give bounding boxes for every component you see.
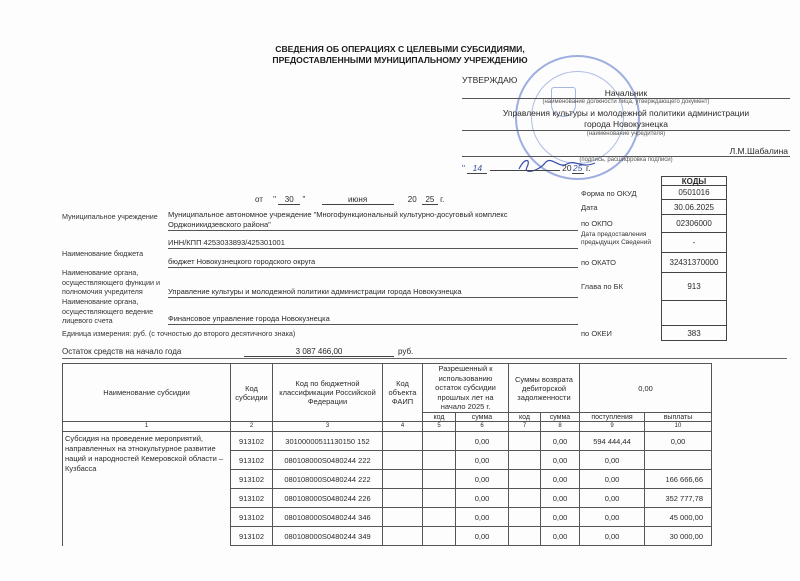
returns-sum: 0,00 xyxy=(541,432,580,451)
returns-sum: 0,00 xyxy=(541,470,580,489)
code-okud: 0501016 xyxy=(661,186,727,200)
approval-year-prefix: 20 xyxy=(562,163,571,173)
bk-code: 080108000S0480244 222 xyxy=(273,470,383,489)
column-numbers-row: 1 2 3 4 5 6 7 8 9 10 xyxy=(63,422,712,432)
payments-value xyxy=(645,451,712,470)
payments-value: 0,00 xyxy=(645,432,712,451)
returns-code xyxy=(509,451,541,470)
allowed-code xyxy=(423,489,456,508)
faip-code xyxy=(383,470,423,489)
codes-label-okei: по ОКЕИ xyxy=(581,329,612,338)
subheader-sum: сумма xyxy=(456,413,509,422)
faip-code xyxy=(383,527,423,546)
report-year-prefix: 20 xyxy=(408,195,417,204)
institution-value: Муниципальное автономное учреждение "Мно… xyxy=(168,210,578,231)
header-name: Наименование субсидии xyxy=(63,364,231,422)
subsidy-code: 913102 xyxy=(231,470,273,489)
allowed-sum: 0,00 xyxy=(456,470,509,489)
income-value: 0,00 xyxy=(580,470,645,489)
codes-label-okato: по ОКАТО xyxy=(581,258,616,267)
report-year-suffix: г. xyxy=(440,195,444,204)
code-empty xyxy=(661,301,727,326)
budget-value: бюджет Новокузнецкого городского округа xyxy=(168,257,578,268)
founder-label: Наименование органа, осуществляющего фун… xyxy=(62,268,172,297)
inn-kpp-value: ИНН/КПП 4253033893/425301001 xyxy=(168,238,578,249)
income-value: 0,00 xyxy=(580,527,645,546)
subsidy-code: 913102 xyxy=(231,451,273,470)
col-num: 1 xyxy=(63,422,231,432)
code-okato: 32431370000 xyxy=(661,253,727,273)
codes-label-date: Дата xyxy=(581,203,598,212)
header-returns: Суммы возврата дебиторской задолженности xyxy=(509,364,580,413)
payments-value: 30 000,00 xyxy=(645,527,712,546)
approval-position: Начальник xyxy=(462,88,790,98)
subheader-payments: выплаты xyxy=(645,413,712,422)
report-date: от " 30 " июня 20 25 г. xyxy=(255,195,444,205)
col-num: 5 xyxy=(423,422,456,432)
subsidy-name: Субсидия на проведение мероприятий, напр… xyxy=(63,432,231,546)
subheader-code: код xyxy=(423,413,456,422)
faip-code xyxy=(383,508,423,527)
bk-code: 30100000511130150 152 xyxy=(273,432,383,451)
codes-label-okpo: по ОКПО xyxy=(581,219,613,228)
code-prev-date: - xyxy=(661,233,727,253)
income-value: 0,00 xyxy=(580,451,645,470)
returns-code xyxy=(509,508,541,527)
subheader-sum-2: сумма xyxy=(541,413,580,422)
balance-value: 3 087 466,00 xyxy=(244,347,394,357)
payments-value: 166 666,66 xyxy=(645,470,712,489)
returns-code xyxy=(509,489,541,508)
faip-code xyxy=(383,451,423,470)
account-value: Финансовое управление города Новокузнецк… xyxy=(168,314,578,325)
header-allowed: Разрешенный к использованию остаток субс… xyxy=(423,364,509,413)
col-num: 9 xyxy=(580,422,645,432)
approval-date: " 14 2025 г. xyxy=(462,163,590,174)
code-date: 30.06.2025 xyxy=(661,200,727,215)
code-glava-bk: 913 xyxy=(661,273,727,301)
report-year: 25 xyxy=(422,195,438,205)
subsidy-code: 913102 xyxy=(231,508,273,527)
title-line-2: ПРЕДОСТАВЛЕННЫМИ МУНИЦИПАЛЬНОМУ УЧРЕЖДЕН… xyxy=(200,55,600,66)
institution-label: Муниципальное учреждение xyxy=(62,212,158,222)
payments-value: 352 777,78 xyxy=(645,489,712,508)
subsidy-code: 913102 xyxy=(231,432,273,451)
allowed-code xyxy=(423,527,456,546)
approval-day: 14 xyxy=(467,163,487,174)
document-title: СВЕДЕНИЯ ОБ ОПЕРАЦИЯХ С ЦЕЛЕВЫМИ СУБСИДИ… xyxy=(200,44,600,66)
income-value: 0,00 xyxy=(580,489,645,508)
col-num: 7 xyxy=(509,422,541,432)
allowed-code xyxy=(423,432,456,451)
allowed-sum: 0,00 xyxy=(456,489,509,508)
quote-open: " xyxy=(273,195,276,204)
codes-header: КОДЫ xyxy=(661,176,727,186)
balance-currency: руб. xyxy=(398,347,413,356)
date-from-label: от xyxy=(255,195,263,204)
allowed-sum: 0,00 xyxy=(456,527,509,546)
faip-code xyxy=(383,489,423,508)
bk-code: 080108000S0480244 349 xyxy=(273,527,383,546)
returns-sum: 0,00 xyxy=(541,451,580,470)
subsidy-operations-table: Наименование субсидии Код субсидии Код п… xyxy=(62,363,712,546)
faip-code xyxy=(383,432,423,451)
header-faip: Код объекта ФАИП xyxy=(383,364,423,422)
payments-value: 45 000,00 xyxy=(645,508,712,527)
col-num: 6 xyxy=(456,422,509,432)
title-line-1: СВЕДЕНИЯ ОБ ОПЕРАЦИЯХ С ЦЕЛЕВЫМИ СУБСИДИ… xyxy=(200,44,600,55)
bk-code: 080108000S0480244 226 xyxy=(273,489,383,508)
col-num: 10 xyxy=(645,422,712,432)
returns-code xyxy=(509,470,541,489)
approval-signer: Л.М.Шабалина xyxy=(730,146,788,156)
income-value: 0,00 xyxy=(580,508,645,527)
col-num: 8 xyxy=(541,422,580,432)
returns-code xyxy=(509,527,541,546)
report-month: июня xyxy=(322,195,394,205)
approval-year-suffix: г. xyxy=(586,163,590,173)
bk-code: 080108000S0480244 346 xyxy=(273,508,383,527)
budget-label: Наименование бюджета xyxy=(62,249,152,259)
returns-sum: 0,00 xyxy=(541,527,580,546)
approval-year: 25 xyxy=(572,163,584,174)
report-day: 30 xyxy=(278,195,300,205)
codes-label-prev-date: Дата предоставления предыдущих Сведений xyxy=(581,231,659,251)
returns-sum: 0,00 xyxy=(541,489,580,508)
unit-label: Единица измерения: руб. (с точностью до … xyxy=(62,329,462,339)
account-label: Наименование органа, осуществляющего вед… xyxy=(62,297,172,326)
approval-org-line-2: города Новокузнецка xyxy=(462,119,790,129)
code-okpo: 02306000 xyxy=(661,215,727,233)
codes-label-glava-bk: Глава по БК xyxy=(581,282,623,291)
position-note: (наименование должности лица, утверждающ… xyxy=(462,99,790,105)
subheader-income: поступления xyxy=(580,413,645,422)
header-code: Код субсидии xyxy=(231,364,273,422)
col-num: 3 xyxy=(273,422,383,432)
subsidy-code: 913102 xyxy=(231,527,273,546)
balance-label: Остаток средств на начало года xyxy=(62,347,181,356)
header-total: 0,00 xyxy=(580,364,712,413)
founder-value: Управление культуры и молодежной политик… xyxy=(168,287,578,298)
codes-table: КОДЫ 0501016 30.06.2025 02306000 - 32431… xyxy=(661,176,727,341)
allowed-sum: 0,00 xyxy=(456,451,509,470)
allowed-code xyxy=(423,470,456,489)
approval-org-line-1: Управления культуры и молодежной политик… xyxy=(462,108,790,118)
returns-code xyxy=(509,432,541,451)
header-bk: Код по бюджетной классификации Российско… xyxy=(273,364,383,422)
income-value: 594 444,44 xyxy=(580,432,645,451)
returns-sum: 0,00 xyxy=(541,508,580,527)
col-num: 2 xyxy=(231,422,273,432)
allowed-sum: 0,00 xyxy=(456,432,509,451)
approval-label: УТВЕРЖДАЮ xyxy=(462,75,517,85)
subheader-code-2: код xyxy=(509,413,541,422)
org-note: (наименование учредителя) xyxy=(462,131,790,137)
balance-underline xyxy=(62,358,787,359)
subsidy-code: 913102 xyxy=(231,489,273,508)
table-row: Субсидия на проведение мероприятий, напр… xyxy=(63,432,712,451)
codes-label-okud: Форма по ОКУД xyxy=(581,189,637,198)
bk-code: 080108000S0480244 222 xyxy=(273,451,383,470)
allowed-code xyxy=(423,451,456,470)
quote-close: " xyxy=(302,195,305,204)
allowed-code xyxy=(423,508,456,527)
allowed-sum: 0,00 xyxy=(456,508,509,527)
code-okei: 383 xyxy=(661,326,727,341)
col-num: 4 xyxy=(383,422,423,432)
